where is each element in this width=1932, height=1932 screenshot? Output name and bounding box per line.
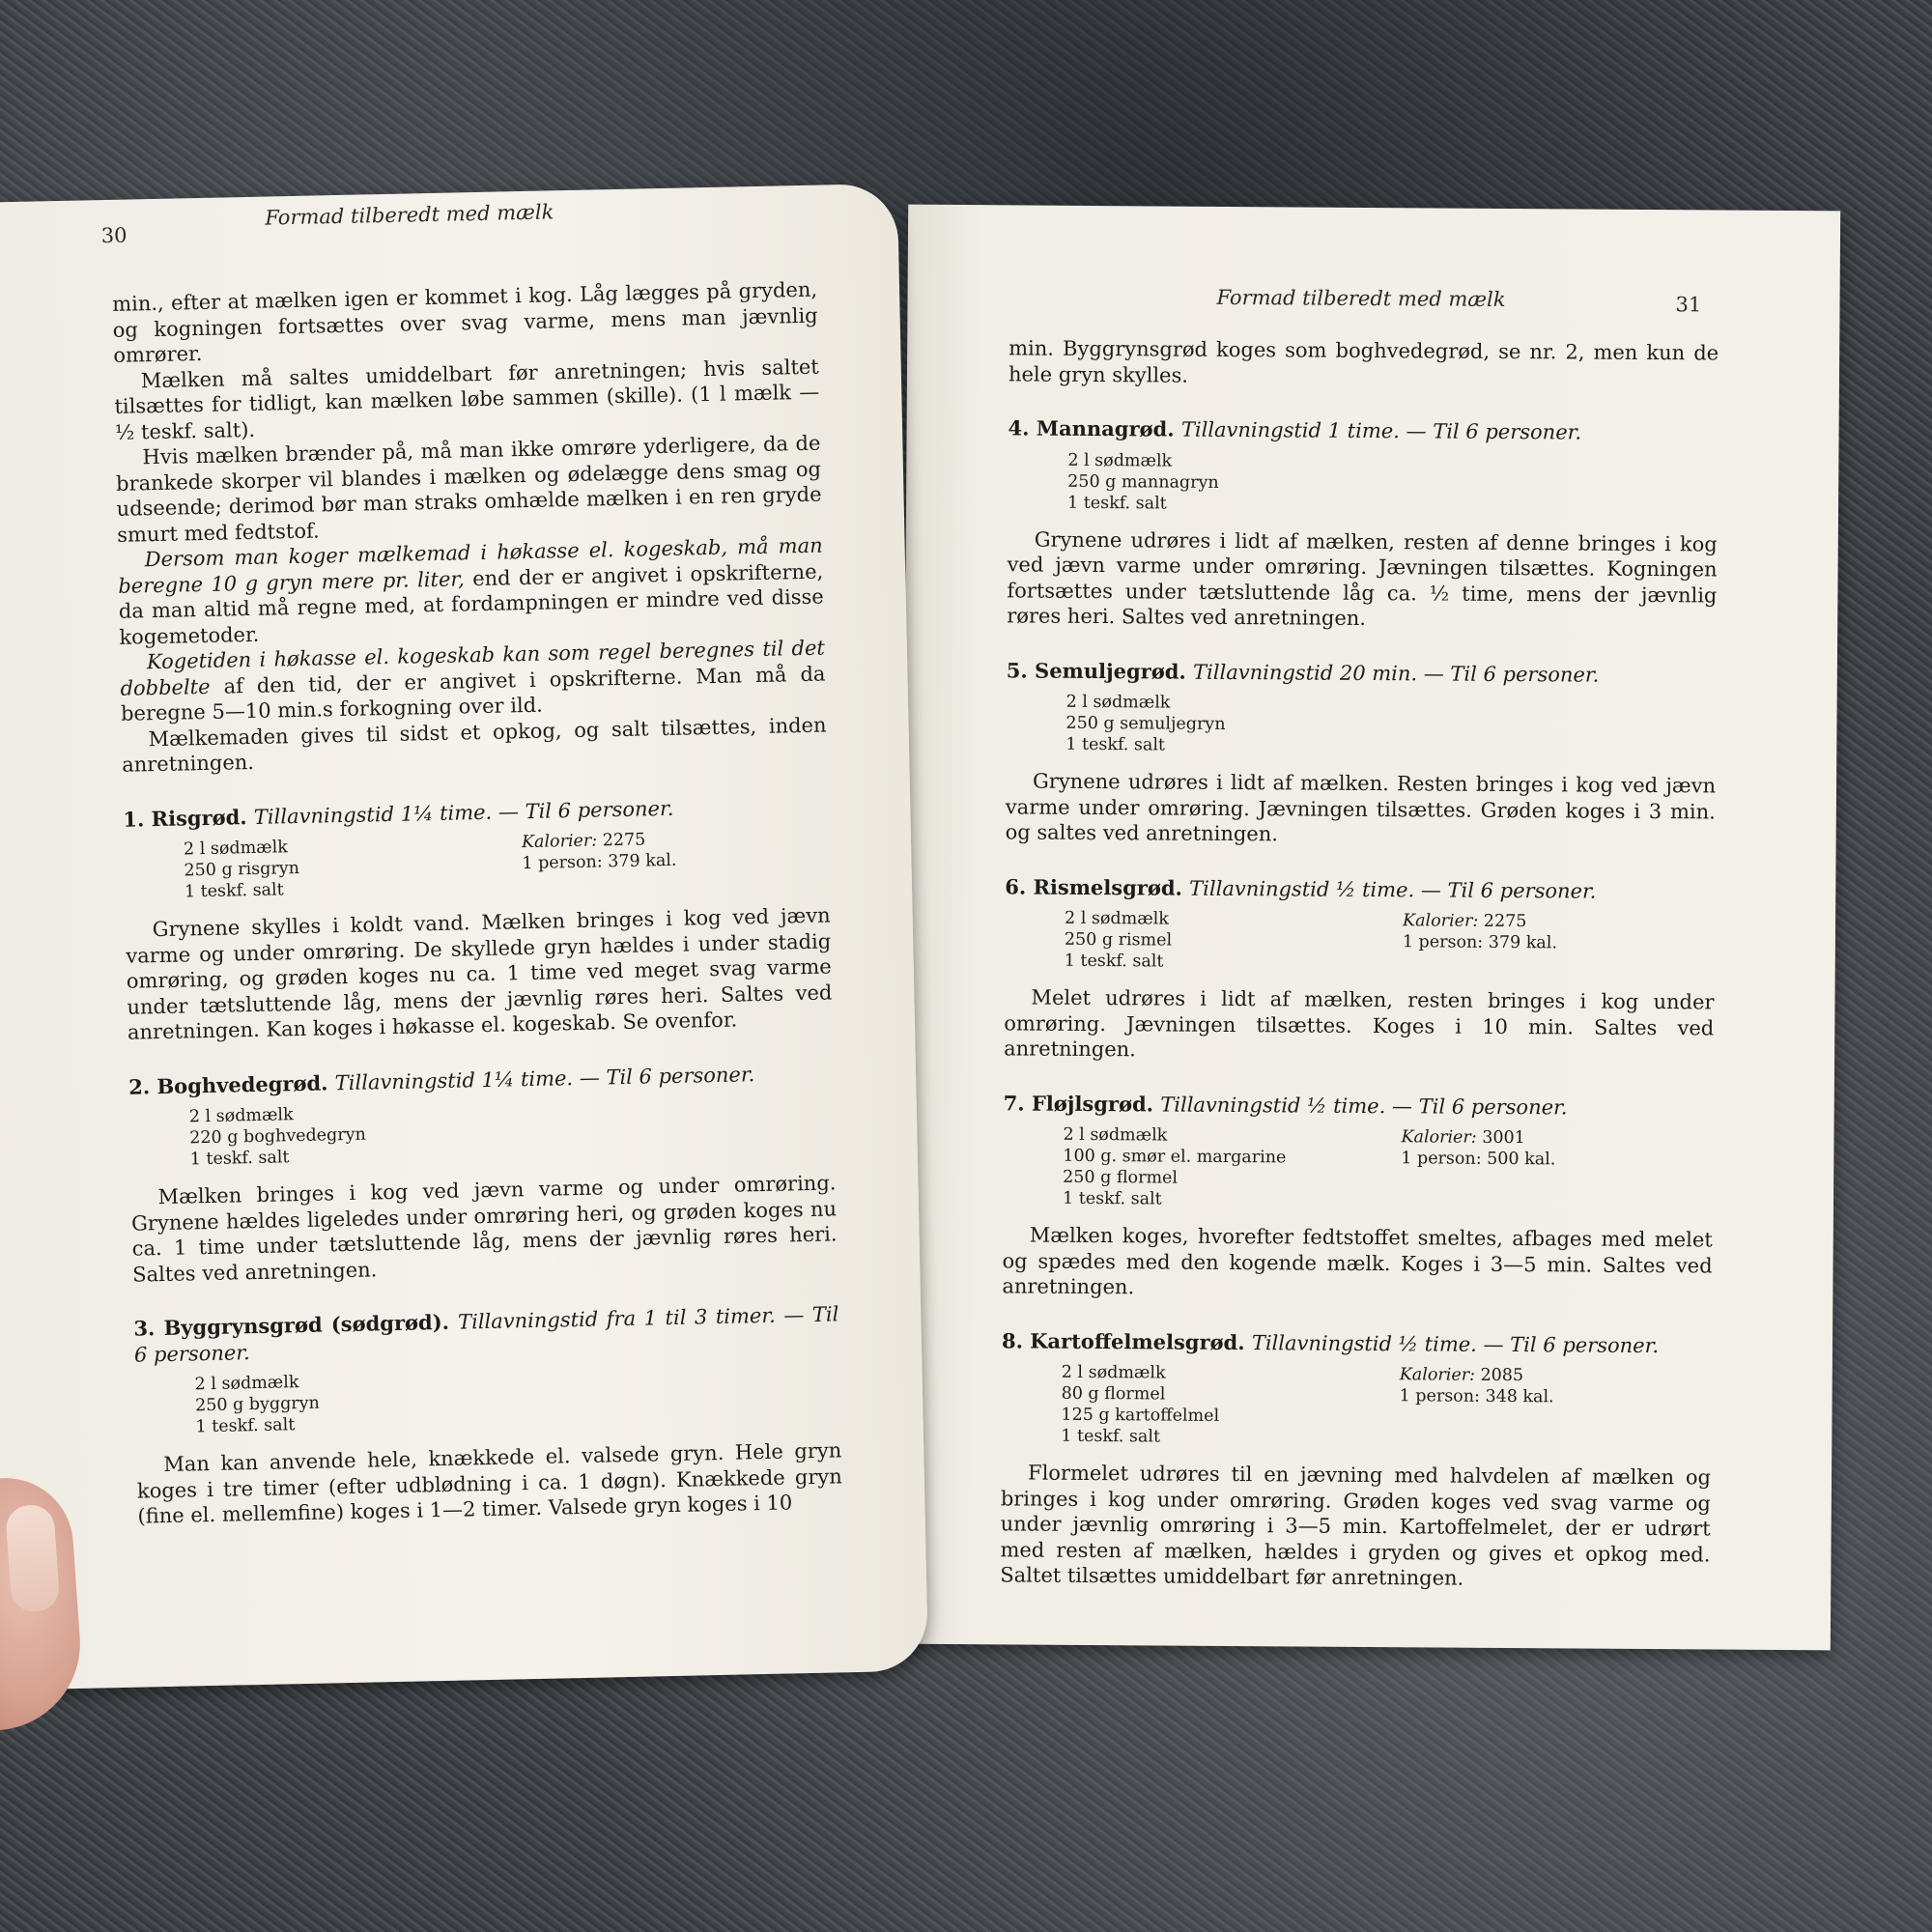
recipe-meta: Tillavningstid 1¼ time. — Til 6 personer… [335,1063,755,1094]
ingredient: 2 l sødmælk [1063,1124,1401,1148]
recipe-name: Boghvedegrød. [156,1070,335,1098]
ingredient: 100 g. smør el. margarine [1063,1146,1401,1169]
ingredient-list: 2 l sødmælk250 g rismel1 teskf. salt [1065,908,1403,974]
right-page-body: min. Byggrynsgrød koges som boghvedegrød… [1000,335,1719,1593]
calories-per-person: 1 person: 379 kal. [1403,931,1557,953]
ingredients-block: 2 l sødmælk100 g. smør el. margarine250 … [1063,1124,1714,1214]
recipe-meta: Tillavningstid 20 min. — Til 6 personer. [1193,660,1599,686]
recipe-title: 1. Risgrød. Tillavningstid 1¼ time. — Ti… [123,792,828,833]
recipe-name: Risgrød. [151,804,254,830]
running-head: Formad tilberedt med mælk [1216,286,1505,311]
recipe-number: 6. [1005,874,1033,898]
recipe: 8. Kartoffelmelsgrød. Tillavningstid ½ t… [1000,1328,1712,1593]
calories-per-person: 1 person: 500 kal. [1401,1148,1555,1170]
recipe: 2. Boghvedegrød. Tillavningstid 1¼ time.… [128,1060,838,1288]
ingredients-block: 2 l sødmælk250 g mannagryn1 teskf. salt [1067,449,1718,518]
calories-value: 2275 [1484,912,1527,931]
recipe-number: 5. [1007,658,1035,682]
paragraph: min., efter at mælken igen er kommet i k… [112,277,819,369]
recipe-method: Mælken koges, hvorefter fedtstoffet smel… [1002,1222,1713,1304]
recipe-name: Kartoffelmelsgrød. [1030,1328,1252,1354]
recipe-name: Fløjlsgrød. [1032,1091,1161,1116]
ingredient: 1 teskf. salt [1063,1188,1401,1211]
paragraph: Dersom man koger mælkemad i høkasse el. … [117,533,824,650]
ingredients-block: 2 l sødmælk250 g rismel1 teskf. saltKalo… [1065,908,1715,977]
recipe-title: 4. Mannagrød. Tillavningstid 1 time. — T… [1009,415,1719,446]
ingredient: 250 g mannagryn [1067,470,1406,494]
recipe: 1. Risgrød. Tillavningstid 1¼ time. — Ti… [123,792,833,1045]
text-run: Mælken må saltes umiddelbart før anretni… [114,355,819,443]
ingredient: 1 teskf. salt [1065,734,1404,757]
ingredients-block: 2 l sødmælk250 g semuljegryn1 teskf. sal… [1065,692,1716,760]
thumbnail-nail [5,1504,61,1613]
running-head: Formad tilberedt med mælk [265,200,554,229]
calories-label: Kalorier: [522,831,603,852]
recipe-number: 1. [123,807,152,832]
recipe: 3. Byggrynsgrød (sødgrød). Tillavningsti… [133,1301,842,1529]
recipe-meta: Tillavningstid ½ time. — Til 6 personer. [1252,1331,1659,1357]
calories-total: Kalorier: 2275 [1403,910,1557,932]
recipe-title: 7. Fløjlsgrød. Tillavningstid ½ time. — … [1004,1091,1714,1122]
ingredient-list: 2 l sødmælk80 g flormel125 g kartoffelme… [1061,1362,1400,1449]
recipe-method: Grynene udrøres i lidt af mælken, resten… [1007,526,1718,634]
ingredient: 250 g flormel [1063,1167,1401,1190]
ingredient: 1 teskf. salt [1061,1426,1399,1449]
recipe-method: Melet udrøres i lidt af mælken, resten b… [1004,984,1715,1066]
ingredients-block: 2 l sødmælk220 g boghvedegryn1 teskf. sa… [189,1093,836,1170]
recipe-method: Flormelet udrøres til en jævning med hal… [1000,1460,1711,1593]
recipe-number: 4. [1009,415,1037,440]
ingredient-list: 2 l sødmælk100 g. smør el. margarine250 … [1063,1124,1402,1211]
calories-label: Kalorier: [1403,911,1484,931]
calories-label: Kalorier: [1400,1365,1481,1385]
calories-total: Kalorier: 3001 [1401,1126,1555,1149]
recipe: 6. Rismelsgrød. Tillavningstid ½ time. —… [1004,874,1715,1066]
recipe-title: 6. Rismelsgrød. Tillavningstid ½ time. —… [1005,874,1715,905]
right-page: Formad tilberedt med mælk 31 min. Byggry… [898,205,1840,1651]
ingredient-list: 2 l sødmælk250 g semuljegryn1 teskf. sal… [1065,692,1404,757]
calorie-info: Kalorier: 30011 person: 500 kal. [1401,1126,1556,1212]
ingredient: 2 l sødmælk [1067,449,1406,472]
recipe-title: 2. Boghvedegrød. Tillavningstid 1¼ time.… [128,1060,834,1100]
paragraph: Hvis mælken brænder på, må man ikke omrø… [115,431,822,548]
ingredient: 1 teskf. salt [1065,951,1403,974]
ingredient: 2 l sødmælk [1065,908,1403,931]
calories-per-person: 1 person: 379 kal. [522,850,676,874]
ingredient: 250 g semuljegryn [1065,713,1404,736]
recipe: 5. Semuljegrød. Tillavningstid 20 min. —… [1006,658,1717,850]
paragraph: Kogetiden i høkasse el. kogeskab kan som… [120,636,827,727]
ingredient: 125 g kartoffelmel [1061,1405,1399,1428]
recipe-number: 3. [133,1316,164,1341]
text-run: Hvis mælken brænder på, må man ikke omrø… [116,432,822,547]
recipe-list: 1. Risgrød. Tillavningstid 1¼ time. — Ti… [123,792,843,1529]
calories-value: 2085 [1480,1366,1523,1385]
recipe-list: 4. Mannagrød. Tillavningstid 1 time. — T… [1000,415,1718,1593]
recipe-method: Mælken bringes i kog ved jævn varme og u… [130,1170,838,1287]
continuation-text: min. Byggrynsgrød koges som boghvedegrød… [1009,335,1719,391]
recipe-meta: Tillavningstid 1¼ time. — Til 6 personer… [254,796,674,828]
paragraph: Mælken må saltes umiddelbart før anretni… [114,354,821,445]
recipe-name: Semuljegrød. [1035,658,1193,683]
recipe-name: Byggrynsgrød (sødgrød). [163,1310,458,1340]
recipe-method: Man kan anvende hele, knækkede el. valse… [136,1437,843,1529]
calories-value: 3001 [1482,1128,1525,1148]
page-number: 31 [1675,293,1701,316]
intro-text: min., efter at mælken igen er kommet i k… [112,277,827,779]
calories-per-person: 1 person: 348 kal. [1400,1385,1554,1407]
ingredient-list: 2 l sødmælk220 g boghvedegryn1 teskf. sa… [189,1099,528,1170]
left-page-body: min., efter at mælken igen er kommet i k… [112,277,843,1530]
recipe-meta: Tillavningstid ½ time. — Til 6 personer. [1189,876,1596,902]
ingredient: 2 l sødmælk [1062,1362,1400,1385]
recipe: 7. Fløjlsgrød. Tillavningstid ½ time. — … [1002,1091,1713,1304]
ingredient: 2 l sødmælk [1066,692,1405,715]
ingredients-block: 2 l sødmælk250 g risgryn1 teskf. saltKal… [184,825,830,902]
page-number: 30 [100,224,127,248]
ingredient: 80 g flormel [1062,1383,1400,1406]
recipe-meta: Tillavningstid 1 time. — Til 6 personer. [1181,418,1581,444]
calories-value: 2275 [603,830,646,850]
left-page: 30 Formad tilberedt med mælk min., efter… [0,184,928,1690]
calorie-info: Kalorier: 22751 person: 379 kal. [522,829,677,895]
ingredient: 1 teskf. salt [1067,492,1406,515]
ingredient-list: 2 l sødmælk250 g byggryn1 teskf. salt [194,1367,533,1437]
recipe-method: Grynene udrøres i lidt af mælken. Resten… [1006,768,1717,850]
ingredient-list: 2 l sødmælk250 g mannagryn1 teskf. salt [1067,449,1406,515]
calorie-info: Kalorier: 20851 person: 348 kal. [1399,1364,1554,1450]
recipe: 4. Mannagrød. Tillavningstid 1 time. — T… [1007,415,1719,634]
recipe-title: 3. Byggrynsgrød (sødgrød). Tillavningsti… [133,1301,839,1367]
ingredients-block: 2 l sødmælk250 g byggryn1 teskf. salt [194,1360,840,1437]
ingredient: 250 g rismel [1065,929,1403,952]
ingredients-block: 2 l sødmælk80 g flormel125 g kartoffelme… [1061,1362,1712,1452]
recipe-title: 8. Kartoffelmelsgrød. Tillavningstid ½ t… [1002,1328,1712,1359]
recipe-name: Rismelsgrød. [1033,874,1189,899]
recipe-name: Mannagrød. [1037,416,1181,441]
ingredient-list: 2 l sødmælk250 g risgryn1 teskf. salt [184,832,523,902]
calorie-info: Kalorier: 22751 person: 379 kal. [1403,910,1557,975]
recipe-number: 2. [128,1074,157,1099]
recipe-title: 5. Semuljegrød. Tillavningstid 20 min. —… [1007,658,1717,689]
recipe-number: 7. [1004,1091,1032,1115]
calories-total: Kalorier: 2085 [1400,1364,1554,1386]
recipe-method: Grynene skylles i koldt vand. Mælken bri… [126,902,834,1045]
recipe-meta: Tillavningstid ½ time. — Til 6 personer. [1160,1093,1567,1119]
text-run: min., efter at mælken igen er kommet i k… [112,278,818,367]
recipe-number: 8. [1002,1328,1030,1352]
calories-label: Kalorier: [1401,1127,1482,1148]
